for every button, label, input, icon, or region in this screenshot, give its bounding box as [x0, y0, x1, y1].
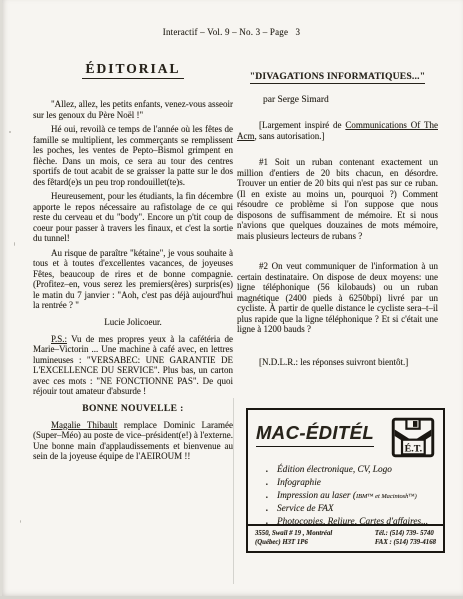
- diskette-label-text: É.T.: [405, 442, 423, 454]
- ad-telephone: Tél.: (514) 739- 5740: [375, 529, 436, 538]
- credit-prefix: [Largement inspiré de: [259, 120, 345, 130]
- ad-footer: 3550, Swail # 19 , Montréal (Québec) H3T…: [248, 524, 443, 551]
- service-text: Impression au laser (: [277, 491, 356, 501]
- divagations-column: "DIVAGATIONS INFORMATIQUES..." par Serge…: [237, 58, 438, 371]
- ad-services-list: .Édition électronique, CV, Logo .Infogra…: [264, 465, 435, 528]
- ad-service-item: .Impression au laser (IBM™ et Macintosh™…: [264, 491, 435, 502]
- service-smallprint: IBM™ et Macintosh™): [356, 493, 417, 500]
- ad-service-item: .Édition électronique, CV, Logo: [264, 465, 435, 476]
- divagations-title-wrap: "DIVAGATIONS INFORMATIQUES...": [237, 66, 438, 84]
- puzzle-item-2: #2 On veut communiquer de l'information …: [237, 261, 438, 335]
- page-header: Interactif – Vol. 9 – No. 3 – Page 3: [0, 27, 463, 37]
- good-news-paragraph: Magalie Thibault remplace Dominic Laramé…: [33, 420, 233, 462]
- editorial-paragraph-4: Au risque de paraître "kétaine", je vous…: [33, 248, 233, 311]
- ad-address-line1: 3550, Swail # 19 , Montréal: [255, 529, 332, 538]
- ad-header: MAC-ÉDITÉL É.T.: [256, 416, 435, 458]
- credit-suffix: , sans autorisation.]: [255, 131, 325, 141]
- bullet-icon: .: [266, 504, 268, 515]
- ad-service-item: .Infographie: [264, 478, 435, 489]
- scan-speck: [14, 242, 15, 246]
- divagations-title: "DIVAGATIONS INFORMATIQUES...": [250, 71, 426, 84]
- bullet-icon: .: [266, 465, 268, 476]
- bullet-icon: .: [266, 491, 268, 502]
- scan-speck: [101, 66, 102, 67]
- ad-service-item: .Service de FAX: [264, 504, 435, 515]
- scan-speck: [20, 520, 21, 523]
- editorial-paragraph-2: Hé oui, revoilà ce temps de l'année où l…: [33, 124, 233, 187]
- editors-note: [N.D.L.R.: les réponses suivront bientôt…: [237, 357, 438, 368]
- bullet-icon: .: [266, 478, 268, 489]
- scan-speck: [9, 131, 11, 133]
- editorial-title: ÉDITORIAL: [82, 61, 183, 79]
- puzzle-item-1: #1 Soit un ruban contenant exactement un…: [237, 157, 438, 241]
- ad-fax: FAX : (514) 739-4168: [375, 538, 436, 547]
- editorial-paragraph-1: "Allez, allez, les petits enfants, venez…: [33, 99, 233, 120]
- ad-brand-name: MAC-ÉDITÉL: [256, 422, 374, 447]
- editorial-postscript: P.S.: Vu de mes propres yeux à la cafété…: [33, 334, 233, 397]
- good-news-name: Magalie Thibault: [51, 420, 117, 430]
- good-news-title: BONNE NOUVELLE :: [33, 404, 233, 414]
- scanned-newsletter-page: Interactif – Vol. 9 – No. 3 – Page 3 ÉDI…: [0, 0, 463, 599]
- scan-edge-left: [0, 0, 2, 599]
- postscript-label: P.S.:: [51, 334, 67, 344]
- editorial-column: ÉDITORIAL "Allez, allez, les petits enfa…: [33, 58, 233, 466]
- divagations-byline: par Serge Simard: [263, 95, 438, 105]
- scan-artifact-line: [233, 398, 234, 584]
- scan-speck: [56, 130, 58, 132]
- ad-phones: Tél.: (514) 739- 5740 FAX : (514) 739-41…: [375, 529, 436, 547]
- ad-address-line2: (Québec) H3T 1P6: [255, 538, 332, 547]
- diskette-shutter-slot: [413, 421, 417, 427]
- editorial-signature: Lucie Jolicoeur.: [33, 317, 233, 327]
- editorial-paragraph-3: Heureusement, pour les étudiants, la fin…: [33, 191, 233, 244]
- service-text: Service de FAX: [277, 504, 334, 514]
- service-text: Infographie: [277, 478, 321, 488]
- ad-address: 3550, Swail # 19 , Montréal (Québec) H3T…: [255, 529, 332, 547]
- service-text: Édition électronique, CV, Logo: [277, 465, 392, 475]
- divagations-credit: [Largement inspiré de Communications Of …: [237, 120, 438, 141]
- mac-editel-ad-box: MAC-ÉDITÉL É.T. .Édition électronique, C…: [246, 408, 445, 553]
- diskette-logo-icon: É.T.: [391, 417, 435, 458]
- editorial-title-wrap: ÉDITORIAL: [33, 60, 233, 79]
